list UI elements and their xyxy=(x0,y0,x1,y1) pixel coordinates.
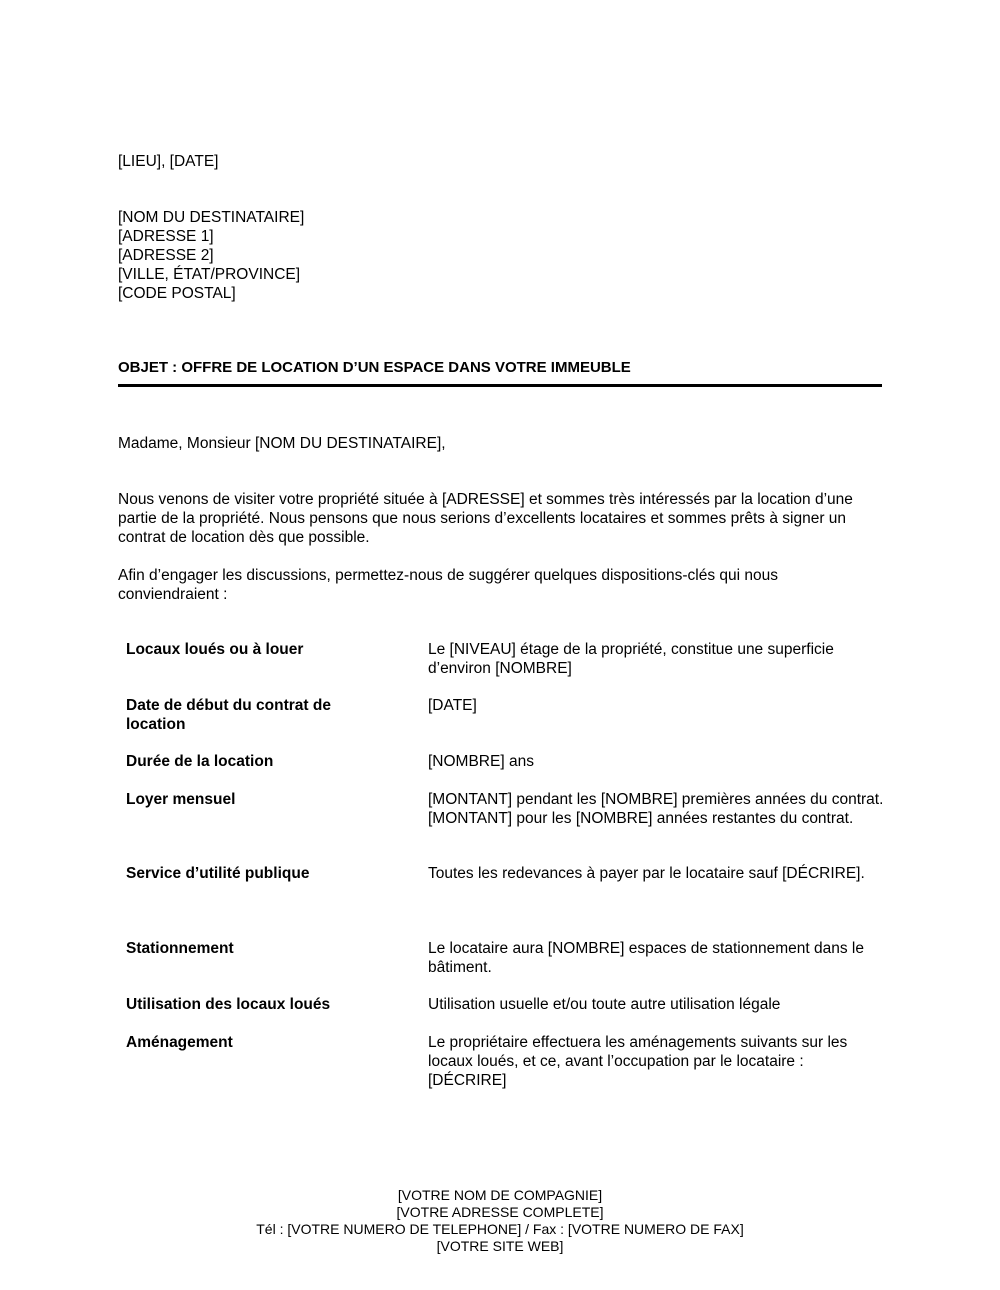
body-paragraph: Nous venons de visiter votre propriété s… xyxy=(118,490,882,547)
term-label: Loyer mensuel xyxy=(126,790,376,809)
term-label: Stationnement xyxy=(126,939,376,958)
term-value: [MONTANT] pendant les [NOMBRE] premières… xyxy=(428,790,884,828)
body-paragraph: Afin d’engager les discussions, permette… xyxy=(118,566,882,604)
term-label: Utilisation des locaux loués xyxy=(126,995,376,1014)
term-label: Durée de la location xyxy=(126,752,376,771)
term-value: Le propriétaire effectuera les aménageme… xyxy=(428,1033,884,1090)
footer-website: [VOTRE SITE WEB] xyxy=(0,1238,1000,1255)
recipient-postal-code: [CODE POSTAL] xyxy=(118,284,304,303)
term-label: Aménagement xyxy=(126,1033,376,1052)
term-value: [DATE] xyxy=(428,696,884,715)
term-label: Date de début du contrat de location xyxy=(126,696,376,734)
term-value: Utilisation usuelle et/ou toute autre ut… xyxy=(428,995,884,1014)
recipient-city-state: [VILLE, ÉTAT/PROVINCE] xyxy=(118,265,304,284)
footer-address: [VOTRE ADRESSE COMPLETE] xyxy=(0,1204,1000,1221)
term-value: [NOMBRE] ans xyxy=(428,752,884,771)
recipient-address-2: [ADRESSE 2] xyxy=(118,246,304,265)
term-value: Le locataire aura [NOMBRE] espaces de st… xyxy=(428,939,884,977)
term-value: Le [NIVEAU] étage de la propriété, const… xyxy=(428,640,884,678)
recipient-address-1: [ADRESSE 1] xyxy=(118,227,304,246)
place-date: [LIEU], [DATE] xyxy=(118,152,219,171)
subject-line: OBJET : OFFRE DE LOCATION D’UN ESPACE DA… xyxy=(118,358,882,377)
company-footer: [VOTRE NOM DE COMPAGNIE] [VOTRE ADRESSE … xyxy=(0,1187,1000,1255)
recipient-name: [NOM DU DESTINATAIRE] xyxy=(118,208,304,227)
footer-company-name: [VOTRE NOM DE COMPAGNIE] xyxy=(0,1187,1000,1204)
recipient-block: [NOM DU DESTINATAIRE] [ADRESSE 1] [ADRES… xyxy=(118,208,304,303)
footer-contact: Tél : [VOTRE NUMERO DE TELEPHONE] / Fax … xyxy=(0,1221,1000,1238)
term-value: Toutes les redevances à payer par le loc… xyxy=(428,864,884,883)
subject-divider xyxy=(118,384,882,387)
term-label: Service d’utilité publique xyxy=(126,864,376,883)
salutation: Madame, Monsieur [NOM DU DESTINATAIRE], xyxy=(118,434,446,453)
term-label: Locaux loués ou à louer xyxy=(126,640,376,659)
letter-page: [LIEU], [DATE] [NOM DU DESTINATAIRE] [AD… xyxy=(0,0,1000,1290)
